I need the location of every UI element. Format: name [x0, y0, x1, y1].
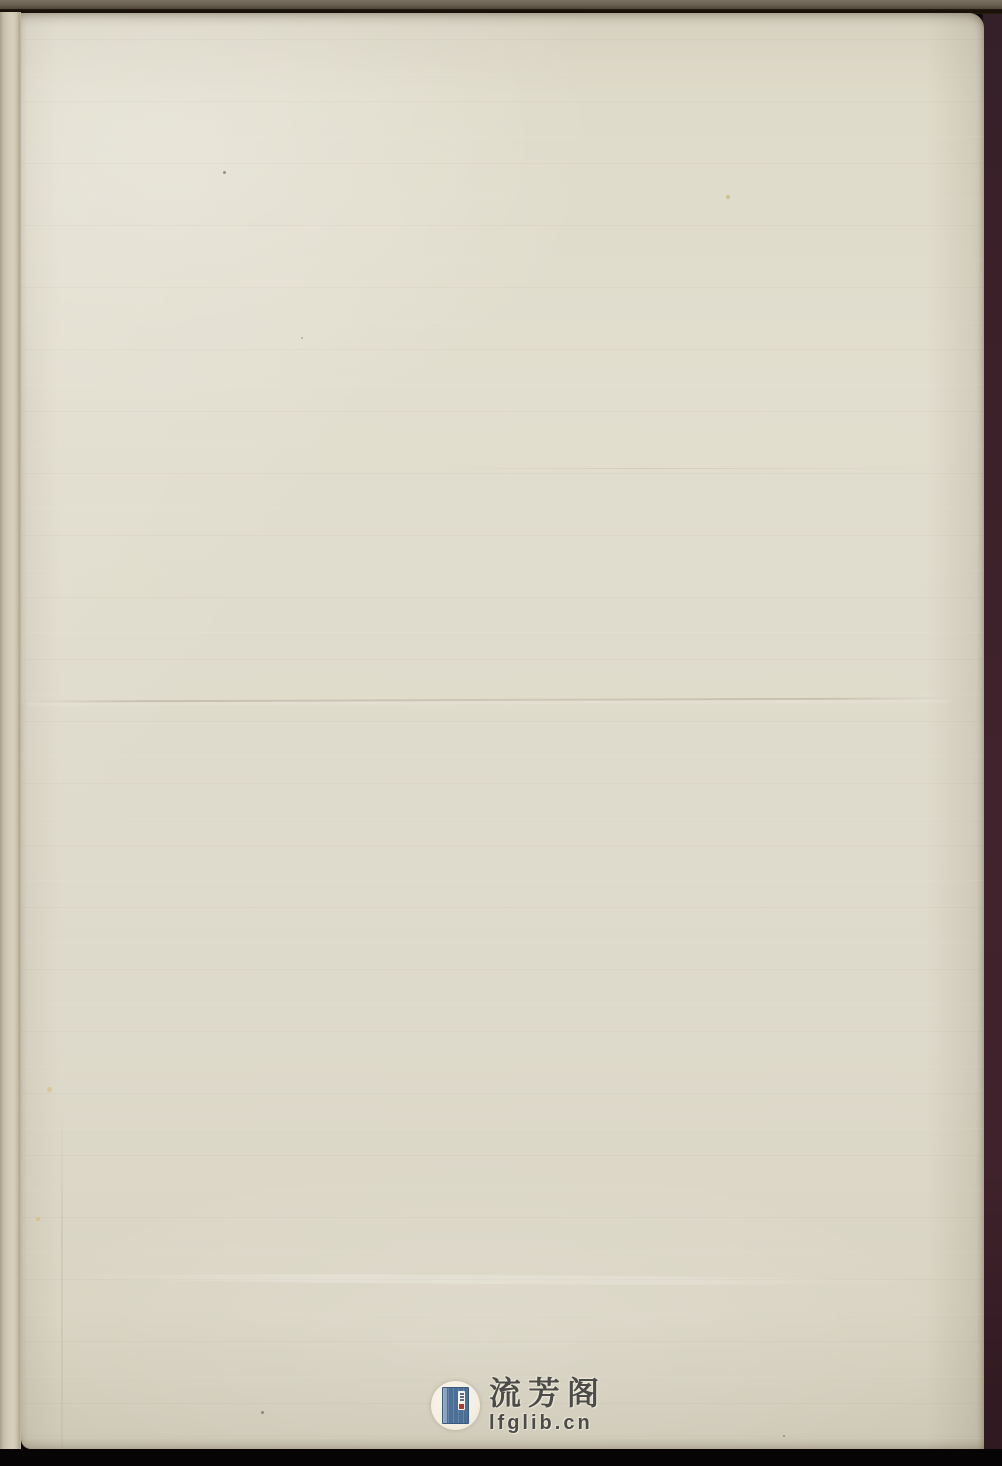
paper-texture	[21, 13, 984, 1449]
book-scan: 流芳阁 lfglib.cn	[0, 0, 1002, 1466]
paper-speck	[261, 1411, 264, 1414]
paper-crease	[27, 697, 950, 702]
traditional-book-icon	[442, 1387, 469, 1424]
book-cover-top-edge	[0, 0, 1002, 9]
paper-speck	[301, 337, 303, 339]
paper-crease	[61, 1093, 63, 1449]
paper-speck	[223, 171, 226, 174]
scan-bottom-black-bar	[0, 1449, 1002, 1466]
page-stack-left-edge	[0, 12, 21, 1451]
paper-crease	[61, 1272, 924, 1286]
watermark-site-url: lfglib.cn	[489, 1413, 606, 1433]
red-seal-icon	[459, 1404, 464, 1409]
watermark: 流芳阁 lfglib.cn	[431, 1377, 606, 1433]
paper-speck	[783, 1435, 785, 1437]
blank-book-page	[21, 13, 984, 1449]
book-title-label	[458, 1391, 465, 1410]
label-text-mark	[460, 1393, 464, 1395]
paper-speck	[47, 1087, 52, 1092]
watermark-text-block: 流芳阁 lfglib.cn	[489, 1377, 606, 1433]
paper-speck	[36, 1217, 40, 1221]
label-text-mark	[460, 1399, 464, 1401]
watermark-badge	[431, 1381, 480, 1430]
label-text-mark	[460, 1396, 464, 1398]
book-cover-right-edge	[981, 0, 1002, 1466]
paper-crease	[441, 468, 944, 469]
paper-speck	[726, 195, 730, 199]
watermark-site-name: 流芳阁	[489, 1377, 606, 1409]
